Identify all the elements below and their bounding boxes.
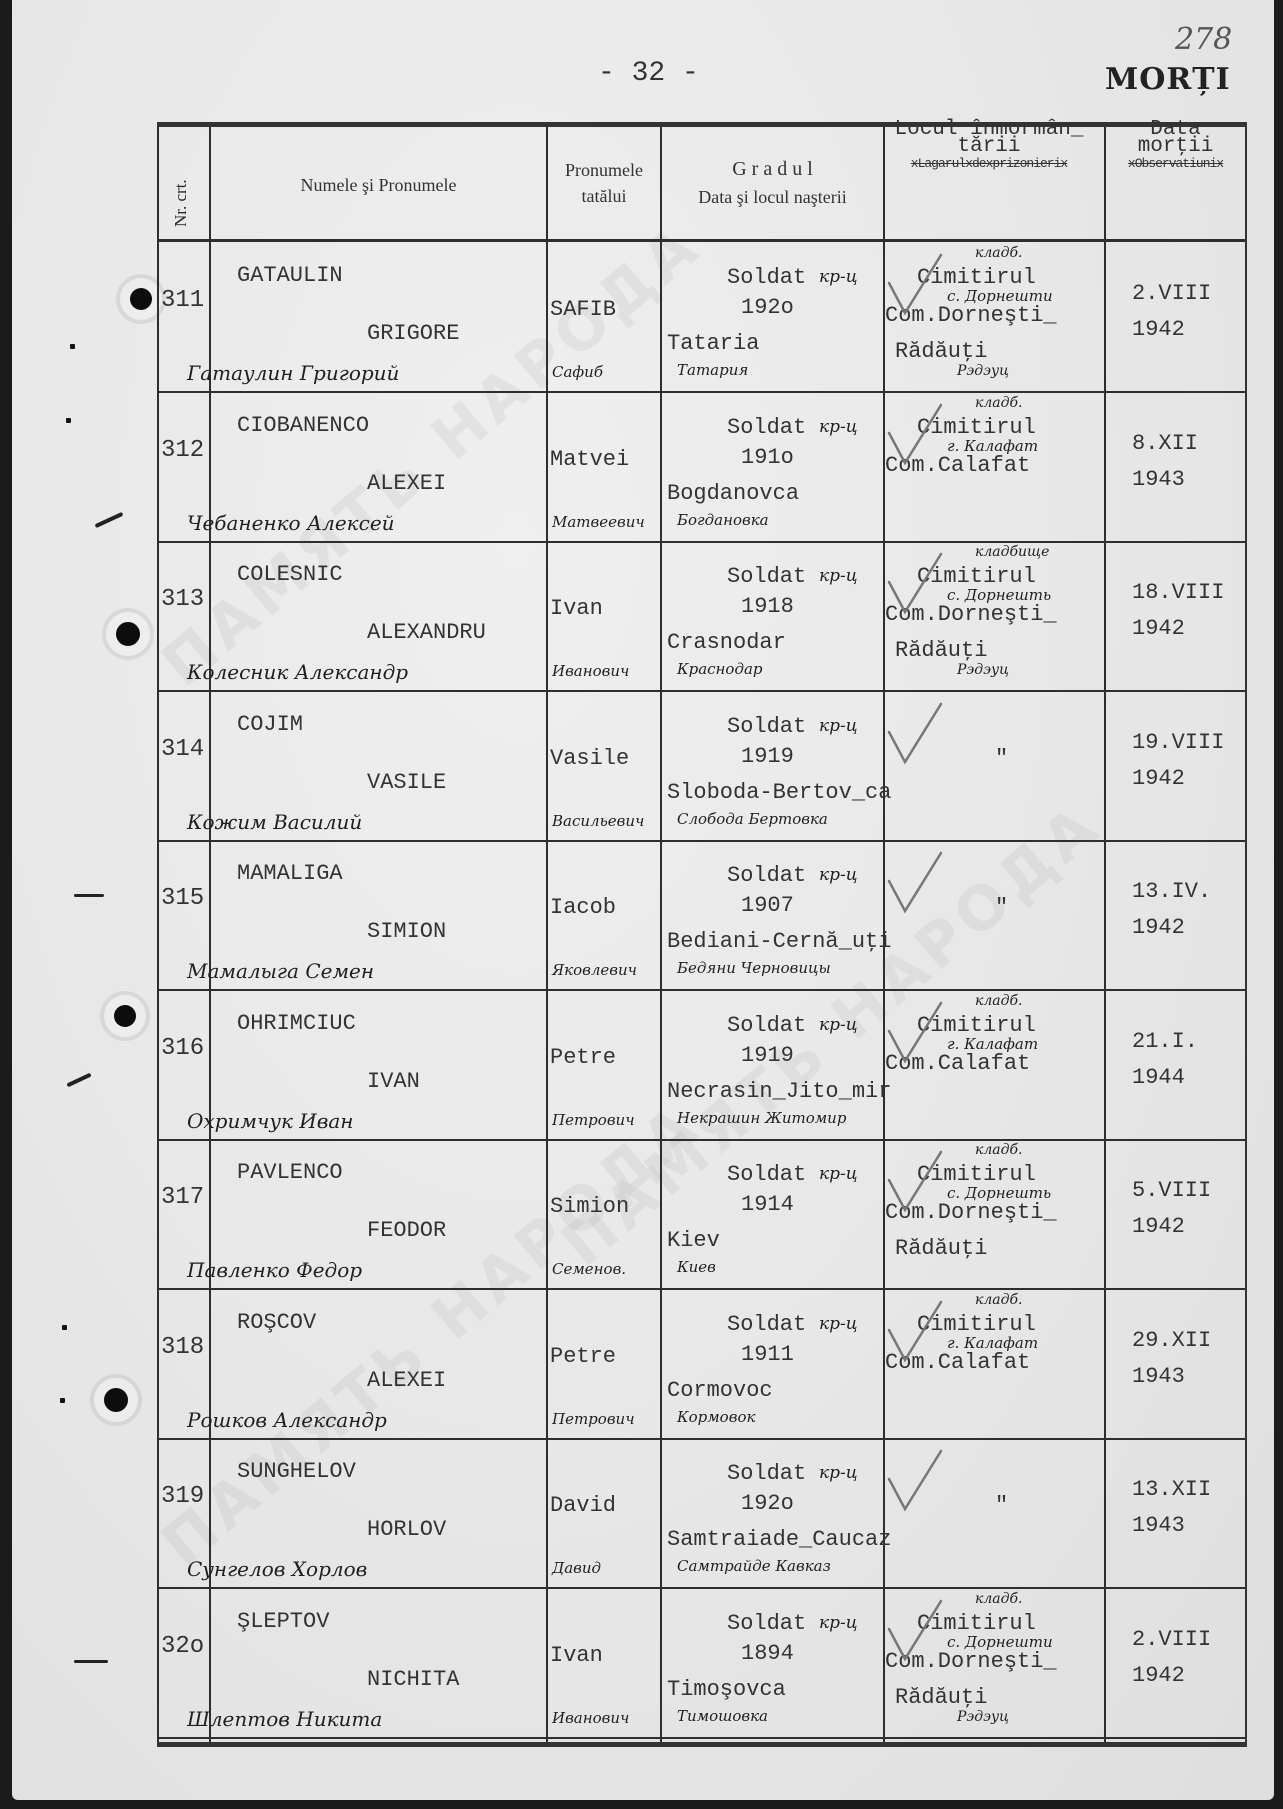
checkmark-icon bbox=[885, 702, 945, 772]
handwritten-burial-3: Рэдэуц bbox=[957, 662, 1009, 678]
father-name: David bbox=[550, 1493, 616, 1518]
handwritten-rank: кр-ц bbox=[819, 1015, 858, 1035]
handwritten-father: Матвеевич bbox=[552, 513, 645, 531]
checkmark-icon bbox=[885, 1150, 945, 1220]
paper-tear bbox=[95, 512, 124, 528]
table-row: 312 CIOBANENCO ALEXEI Чебаненко Алексей … bbox=[157, 393, 1245, 543]
binder-hole bbox=[104, 1388, 128, 1412]
surname: PAVLENCO bbox=[237, 1160, 343, 1185]
table-row: 32o ŞLEPTOV NICHITA Шлептов Никита Ivan … bbox=[157, 1589, 1245, 1739]
first-name: HORLOV bbox=[367, 1517, 446, 1542]
rank: Soldat bbox=[727, 415, 806, 440]
row-number: 318 bbox=[161, 1334, 204, 1361]
handwritten-burial-3: Рэдэуц bbox=[957, 363, 1009, 379]
handwritten-burial-3: Рэдэуц bbox=[957, 1709, 1009, 1725]
row-number: 317 bbox=[161, 1184, 204, 1211]
handwritten-burial-1: кладбище bbox=[975, 544, 1049, 560]
handwritten-birthplace: Татария bbox=[677, 361, 748, 379]
checkmark-icon bbox=[885, 552, 945, 622]
header-father-line1: Pronumele bbox=[548, 157, 660, 183]
handwritten-father: Давид bbox=[552, 1559, 601, 1577]
birth-year: 1911 bbox=[741, 1342, 794, 1367]
first-name: GRIGORE bbox=[367, 321, 459, 346]
deaths-register-table: Nr. crt. Numele şi Pronumele Pronumele t… bbox=[157, 122, 1247, 1747]
birthplace: Kiev bbox=[667, 1228, 720, 1253]
handwritten-birthplace: Киев bbox=[677, 1258, 716, 1276]
death-year: 1943 bbox=[1132, 1364, 1185, 1389]
handwritten-name: Павленко Федор bbox=[187, 1258, 362, 1282]
handwritten-father: Иванович bbox=[552, 662, 629, 680]
handwritten-birthplace: Тимошовка bbox=[677, 1707, 768, 1725]
table-row: 318 ROŞCOV ALEXEI Рошков Александр Petre… bbox=[157, 1290, 1245, 1440]
birthplace: Crasnodar bbox=[667, 630, 786, 655]
handwritten-burial-2: г. Калафат bbox=[947, 1035, 1038, 1053]
header-rank: G r a d u l Data şi locul naşterii bbox=[662, 155, 883, 211]
handwritten-name: Гатаулин Григорий bbox=[187, 361, 399, 385]
binder-hole bbox=[116, 622, 140, 646]
checkmark-icon bbox=[885, 851, 945, 921]
rank: Soldat bbox=[727, 265, 806, 290]
birth-year: 1894 bbox=[741, 1641, 794, 1666]
handwritten-birthplace: Некрашин Житомир bbox=[677, 1109, 846, 1127]
first-name: NICHITA bbox=[367, 1667, 459, 1692]
rank: Soldat bbox=[727, 1312, 806, 1337]
burial-line-1: " bbox=[995, 895, 1008, 920]
paper-mark bbox=[62, 1325, 67, 1330]
handwritten-name: Охримчук Иван bbox=[187, 1109, 353, 1133]
death-date: 21.I. bbox=[1132, 1029, 1198, 1054]
header-father: Pronumele tatălui bbox=[548, 157, 660, 209]
table-row: 313 COLESNIC ALEXANDRU Колесник Александ… bbox=[157, 542, 1245, 692]
death-date: 13.XII bbox=[1132, 1477, 1211, 1502]
death-date: 18.VIII bbox=[1132, 580, 1224, 605]
death-year: 1942 bbox=[1132, 317, 1185, 342]
handwritten-rank: кр-ц bbox=[819, 1613, 858, 1633]
handwritten-father: Семенов. bbox=[552, 1260, 626, 1278]
death-year: 1942 bbox=[1132, 1663, 1185, 1688]
death-year: 1943 bbox=[1132, 1513, 1185, 1538]
birthplace: Necrasin_Jito_mir bbox=[667, 1079, 891, 1104]
header-divider bbox=[157, 239, 1245, 242]
father-name: Matvei bbox=[550, 447, 629, 472]
handwritten-father: Петрович bbox=[552, 1111, 635, 1129]
surname: GATAULIN bbox=[237, 263, 343, 288]
first-name: ALEXEI bbox=[367, 1368, 446, 1393]
handwritten-name: Шлептов Никита bbox=[187, 1707, 382, 1731]
row-number: 314 bbox=[161, 736, 204, 763]
surname: COLESNIC bbox=[237, 562, 343, 587]
death-date: 13.IV. bbox=[1132, 879, 1211, 904]
table-row: 316 OHRIMCIUC IVAN Охримчук Иван Petre П… bbox=[157, 991, 1245, 1141]
handwritten-name: Кожим Василий bbox=[187, 810, 362, 834]
death-year: 1944 bbox=[1132, 1065, 1185, 1090]
first-name: SIMION bbox=[367, 919, 446, 944]
checkmark-icon bbox=[885, 1449, 945, 1519]
burial-line-3: Rădăuţi bbox=[895, 638, 987, 663]
handwritten-burial-2: с. Дорнешть bbox=[947, 1184, 1051, 1202]
handwritten-birthplace: Бедяни Черновицы bbox=[677, 959, 831, 977]
burial-line-3: Rădăuţi bbox=[895, 339, 987, 364]
rank: Soldat bbox=[727, 564, 806, 589]
birth-year: 192o bbox=[741, 295, 794, 320]
row-number: 319 bbox=[161, 1483, 204, 1510]
father-name: Petre bbox=[550, 1344, 616, 1369]
handwritten-birthplace: Самтрайде Кавказ bbox=[677, 1557, 831, 1575]
table-row: 315 MAMALIGA SIMION Мамалыга Семен Iacob… bbox=[157, 841, 1245, 991]
paper-mark bbox=[66, 418, 71, 423]
handwritten-burial-1: кладб. bbox=[975, 1591, 1023, 1607]
page-title: MORȚI bbox=[1105, 62, 1231, 97]
paper-tear bbox=[66, 1073, 91, 1088]
handwritten-rank: кр-ц bbox=[819, 566, 858, 586]
handwritten-rank: кр-ц bbox=[819, 267, 858, 287]
birthplace: Bogdanovca bbox=[667, 481, 799, 506]
birth-year: 1918 bbox=[741, 594, 794, 619]
handwritten-birthplace: Краснодар bbox=[677, 660, 763, 678]
row-number: 315 bbox=[161, 885, 204, 912]
burial-line-1: " bbox=[995, 746, 1008, 771]
table-row: 319 SUNGHELOV HORLOV Сунгелов Хорлов Dav… bbox=[157, 1439, 1245, 1589]
paper-mark bbox=[70, 344, 75, 349]
binder-hole bbox=[114, 1005, 136, 1027]
first-name: IVAN bbox=[367, 1069, 420, 1094]
paper-mark bbox=[60, 1398, 65, 1403]
father-name: SAFIB bbox=[550, 297, 616, 322]
death-date: 2.VIII bbox=[1132, 281, 1211, 306]
first-name: ALEXEI bbox=[367, 471, 446, 496]
header-rank-line1: G r a d u l bbox=[662, 155, 883, 183]
header-rank-line2: Data şi locul naşterii bbox=[662, 183, 883, 211]
handwritten-name: Чебаненко Алексей bbox=[187, 511, 395, 535]
surname: SUNGHELOV bbox=[237, 1459, 356, 1484]
birth-year: 1919 bbox=[741, 744, 794, 769]
birth-year: 1914 bbox=[741, 1192, 794, 1217]
first-name: ALEXANDRU bbox=[367, 620, 486, 645]
birth-year: 1919 bbox=[741, 1043, 794, 1068]
death-year: 1942 bbox=[1132, 616, 1185, 641]
death-year: 1942 bbox=[1132, 1214, 1185, 1239]
checkmark-icon bbox=[885, 253, 945, 323]
surname: COJIM bbox=[237, 712, 303, 737]
table-row: 314 COJIM VASILE Кожим Василий Vasile Ва… bbox=[157, 692, 1245, 842]
table-row: 311 GATAULIN GRIGORE Гатаулин Григорий S… bbox=[157, 243, 1245, 393]
paper-tear bbox=[74, 894, 104, 897]
binder-hole bbox=[130, 288, 152, 310]
handwritten-rank: кр-ц bbox=[819, 865, 858, 885]
document-page: 278 - 32 - MORȚI ПАМЯТЬ НАРОДА ПАМЯТЬ НА… bbox=[12, 0, 1274, 1800]
handwritten-burial-2: г. Калафат bbox=[947, 437, 1038, 455]
handwritten-birthplace: Кормовок bbox=[677, 1408, 755, 1426]
death-date: 5.VIII bbox=[1132, 1178, 1211, 1203]
handwritten-burial-1: кладб. bbox=[975, 993, 1023, 1009]
handwritten-father: Петрович bbox=[552, 1410, 635, 1428]
header-nr-crt: Nr. crt. bbox=[171, 179, 191, 227]
surname: OHRIMCIUC bbox=[237, 1011, 356, 1036]
first-name: FEODOR bbox=[367, 1218, 446, 1243]
row-number: 316 bbox=[161, 1035, 204, 1062]
death-year: 1942 bbox=[1132, 915, 1185, 940]
birthplace: Tataria bbox=[667, 331, 759, 356]
table-row: 317 PAVLENCO FEODOR Павленко Федор Simio… bbox=[157, 1140, 1245, 1290]
handwritten-father: Сафиб bbox=[552, 363, 603, 381]
death-year: 1943 bbox=[1132, 467, 1185, 492]
checkmark-icon bbox=[885, 1001, 945, 1071]
header-burial-struck: xLagarulxdexprizonierix bbox=[869, 155, 1109, 172]
handwritten-burial-2: с. Дорнешти bbox=[947, 287, 1053, 305]
father-name: Simion bbox=[550, 1194, 629, 1219]
first-name: VASILE bbox=[367, 770, 446, 795]
handwritten-burial-1: кладб. bbox=[975, 1142, 1023, 1158]
page-number: - 32 - bbox=[598, 58, 699, 89]
handwritten-name: Мамалыга Семен bbox=[187, 959, 374, 983]
header-burial: Locul înmormân_ tării xLagarulxdexprizon… bbox=[869, 121, 1109, 172]
surname: ŞLEPTOV bbox=[237, 1609, 329, 1634]
row-number: 313 bbox=[161, 586, 204, 613]
burial-line-3: Rădăuţi bbox=[895, 1236, 987, 1261]
handwritten-rank: кр-ц bbox=[819, 1463, 858, 1483]
handwritten-father: Яковлевич bbox=[552, 961, 637, 979]
father-name: Ivan bbox=[550, 1643, 603, 1668]
birthplace: Sloboda-Bertov_ca bbox=[667, 780, 891, 805]
birthplace: Samtraiade_Caucaz bbox=[667, 1527, 891, 1552]
death-year: 1942 bbox=[1132, 766, 1185, 791]
row-divider bbox=[157, 1737, 1245, 1739]
row-number: 32o bbox=[161, 1633, 204, 1660]
handwritten-burial-2: г. Калафат bbox=[947, 1334, 1038, 1352]
birthplace: Cormovoc bbox=[667, 1378, 773, 1403]
handwritten-burial-1: кладб. bbox=[975, 1292, 1023, 1308]
birth-year: 1907 bbox=[741, 893, 794, 918]
header-name: Numele şi Pronumele bbox=[211, 175, 546, 196]
handwritten-name: Рошков Александр bbox=[187, 1408, 387, 1432]
checkmark-icon bbox=[885, 403, 945, 473]
rank: Soldat bbox=[727, 714, 806, 739]
handwritten-rank: кр-ц bbox=[819, 1164, 858, 1184]
handwritten-name: Сунгелов Хорлов bbox=[187, 1557, 367, 1581]
death-date: 2.VIII bbox=[1132, 1627, 1211, 1652]
header-father-line2: tatălui bbox=[548, 183, 660, 209]
father-name: Ivan bbox=[550, 596, 603, 621]
birthplace: Timoşovca bbox=[667, 1677, 786, 1702]
rank: Soldat bbox=[727, 1611, 806, 1636]
burial-line-1: " bbox=[995, 1493, 1008, 1518]
handwritten-birthplace: Слобода Бертовка bbox=[677, 810, 828, 828]
row-number: 311 bbox=[161, 287, 204, 314]
birthplace: Bediani-Cernă_uţi bbox=[667, 929, 891, 954]
handwritten-rank: кр-ц bbox=[819, 716, 858, 736]
handwritten-rank: кр-ц bbox=[819, 1314, 858, 1334]
handwritten-father: Иванович bbox=[552, 1709, 629, 1727]
paper-tear bbox=[74, 1660, 108, 1663]
death-date: 29.XII bbox=[1132, 1328, 1211, 1353]
handwritten-burial-1: кладб. bbox=[975, 395, 1023, 411]
rank: Soldat bbox=[727, 1162, 806, 1187]
rank: Soldat bbox=[727, 1461, 806, 1486]
checkmark-icon bbox=[885, 1300, 945, 1370]
birth-year: 191o bbox=[741, 445, 794, 470]
father-name: Petre bbox=[550, 1045, 616, 1070]
header-death-line2: morţii bbox=[1106, 138, 1245, 155]
death-date: 8.XII bbox=[1132, 431, 1198, 456]
handwritten-burial-2: с. Дорнешти bbox=[947, 1633, 1053, 1651]
header-death-struck: xObservatiunix bbox=[1106, 155, 1245, 172]
surname: ROŞCOV bbox=[237, 1310, 316, 1335]
handwritten-name: Колесник Александр bbox=[187, 660, 408, 684]
surname: MAMALIGA bbox=[237, 861, 343, 886]
surname: CIOBANENCO bbox=[237, 413, 369, 438]
birth-year: 192o bbox=[741, 1491, 794, 1516]
checkmark-icon bbox=[885, 1599, 945, 1669]
handwritten-father: Васильевич bbox=[552, 812, 644, 830]
header-death-date: Data morţii xObservatiunix bbox=[1106, 121, 1245, 172]
rank: Soldat bbox=[727, 1013, 806, 1038]
death-date: 19.VIII bbox=[1132, 730, 1224, 755]
archive-page-number: 278 bbox=[1175, 22, 1232, 57]
rank: Soldat bbox=[727, 863, 806, 888]
handwritten-burial-1: кладб. bbox=[975, 245, 1023, 261]
father-name: Iacob bbox=[550, 895, 616, 920]
handwritten-birthplace: Богдановка bbox=[677, 511, 769, 529]
handwritten-rank: кр-ц bbox=[819, 417, 858, 437]
father-name: Vasile bbox=[550, 746, 629, 771]
burial-line-3: Rădăuţi bbox=[895, 1685, 987, 1710]
handwritten-burial-2: с. Дорнешть bbox=[947, 586, 1051, 604]
row-number: 312 bbox=[161, 437, 204, 464]
